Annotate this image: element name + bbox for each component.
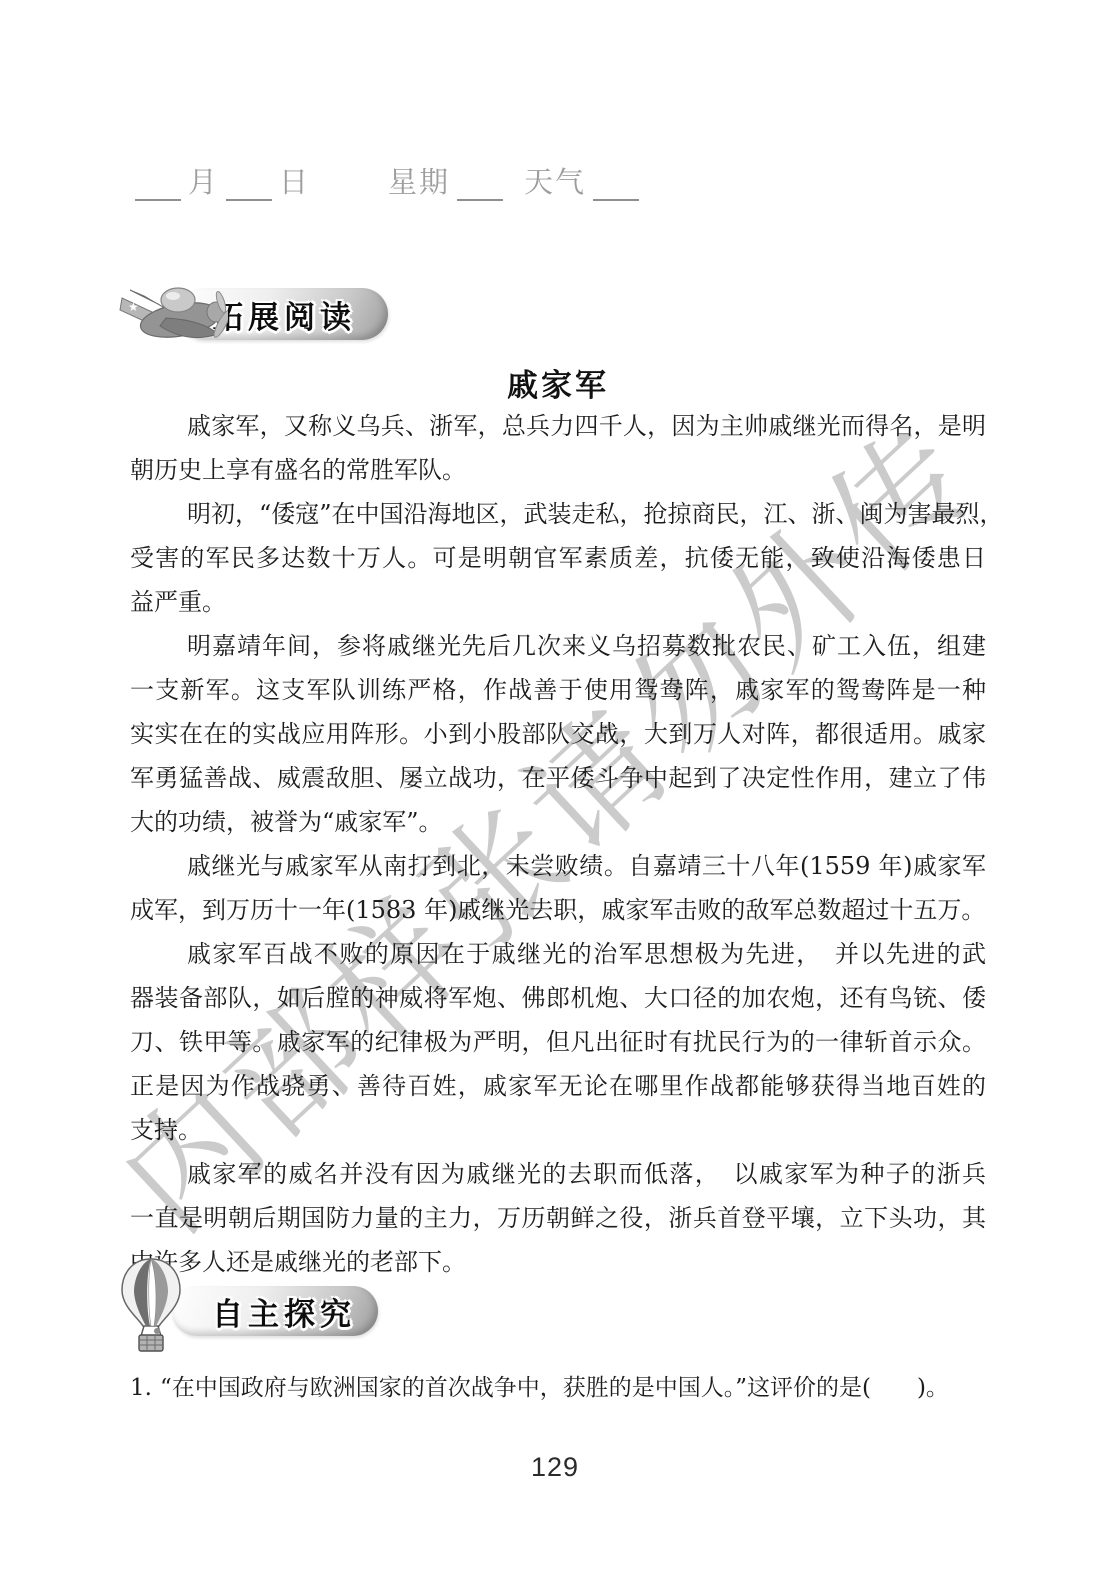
- weather-label: 天气: [524, 160, 586, 201]
- text-line: 明初，“倭寇”在中国沿海地区，武装走私，抢掠商民，江、浙、闽为害最烈，: [130, 492, 986, 536]
- text-line: 一直是明朝后期国防力量的主力，万历朝鲜之役，浙兵首登平壤，立下头功，其: [130, 1196, 986, 1240]
- text-line: 戚家军百战不败的原因在于戚继光的治军思想极为先进， 并以先进的武: [130, 932, 986, 976]
- text-line: 军勇猛善战、威震敌胆、屡立战功，在平倭斗争中起到了决定性作用，建立了伟: [130, 756, 986, 800]
- article-body: 戚家军，又称义乌兵、浙军，总兵力四千人，因为主帅戚继光而得名，是明 朝历史上享有…: [130, 404, 986, 1284]
- text-line: 成军，到万历十一年(1583 年)戚继光去职，戚家军击败的敌军总数超过十五万。: [130, 888, 986, 932]
- text-line: 刀、铁甲等。戚家军的纪律极为严明，但凡出征时有扰民行为的一律斩首示众。: [130, 1020, 986, 1064]
- week-blank-line: [457, 165, 503, 201]
- text-line: 中许多人还是戚继光的老部下。: [130, 1240, 986, 1284]
- text-line: 支持。: [130, 1108, 986, 1152]
- question-1: 1.“在中国政府与欧洲国家的首次战争中，获胜的是中国人。”这评价的是( )。: [130, 1368, 1110, 1408]
- text-line: 实实在在的实战应用阵形。小到小股部队交战，大到万人对阵，都很适用。戚家: [130, 712, 986, 756]
- text-line: 戚家军，又称义乌兵、浙军，总兵力四千人，因为主帅戚继光而得名，是明: [130, 404, 986, 448]
- month-label: 月: [188, 160, 219, 201]
- paragraph: 戚继光与戚家军从南打到北，未尝败绩。自嘉靖三十八年(1559 年)戚家军 成军，…: [130, 844, 986, 932]
- paragraph: 戚家军的威名并没有因为戚继光的去职而低落， 以戚家军为种子的浙兵 一直是明朝后期…: [130, 1152, 986, 1284]
- day-label: 日: [279, 160, 310, 201]
- svg-text:★: ★: [128, 300, 139, 314]
- extended-reading-badge-label: 拓展阅读: [212, 292, 356, 337]
- self-exploration-badge: 自主探究: [172, 1286, 378, 1336]
- text-line: 器装备部队，如后膛的神威将军炮、佛郎机炮、大口径的加农炮，还有鸟铳、倭: [130, 976, 986, 1020]
- text-line: 受害的军民多达数十万人。可是明朝官军素质差，抗倭无能，致使沿海倭患日: [130, 536, 986, 580]
- self-exploration-badge-label: 自主探究: [212, 1289, 356, 1334]
- month-blank-line: [135, 165, 181, 201]
- page-number: 129: [0, 1452, 1110, 1483]
- text-line: 明嘉靖年间，参将戚继光先后几次来义乌招募数批农民、矿工入伍，组建: [130, 624, 986, 668]
- text-line: 正是因为作战骁勇、善待百姓，戚家军无论在哪里作战都能够获得当地百姓的: [130, 1064, 986, 1108]
- day-blank-line: [226, 165, 272, 201]
- text-line: 戚家军的威名并没有因为戚继光的去职而低落， 以戚家军为种子的浙兵: [130, 1152, 986, 1196]
- text-line: 戚继光与戚家军从南打到北，未尝败绩。自嘉靖三十八年(1559 年)戚家军: [130, 844, 986, 888]
- question-number: 1.: [130, 1375, 152, 1401]
- text-line: 一支新军。这支军队训练严格，作战善于使用鸳鸯阵，戚家军的鸳鸯阵是一种: [130, 668, 986, 712]
- text-line: 大的功绩，被誉为“戚家军”。: [130, 800, 986, 844]
- weather-blank-line: [593, 165, 639, 201]
- text-line: 朝历史上享有盛名的常胜军队。: [130, 448, 986, 492]
- airplane-icon: ★: [118, 268, 228, 348]
- date-weather-header: 月 日 星期 天气: [128, 160, 646, 201]
- text-line: 益严重。: [130, 580, 986, 624]
- article-title: 戚家军: [130, 360, 986, 405]
- paragraph: 明初，“倭寇”在中国沿海地区，武装走私，抢掠商民，江、浙、闽为害最烈， 受害的军…: [130, 492, 986, 624]
- paragraph: 戚家军百战不败的原因在于戚继光的治军思想极为先进， 并以先进的武 器装备部队，如…: [130, 932, 986, 1152]
- paragraph: 明嘉靖年间，参将戚继光先后几次来义乌招募数批农民、矿工入伍，组建 一支新军。这支…: [130, 624, 986, 844]
- workbook-page: 内部样张请勿外传 月 日 星期 天气 拓展阅读 ★ 戚家军: [0, 0, 1110, 1571]
- paragraph: 戚家军，又称义乌兵、浙军，总兵力四千人，因为主帅戚继光而得名，是明 朝历史上享有…: [130, 404, 986, 492]
- question-text: “在中国政府与欧洲国家的首次战争中，获胜的是中国人。”这评价的是( )。: [160, 1375, 949, 1401]
- week-label: 星期: [388, 160, 450, 201]
- hot-air-balloon-icon: [116, 1256, 186, 1356]
